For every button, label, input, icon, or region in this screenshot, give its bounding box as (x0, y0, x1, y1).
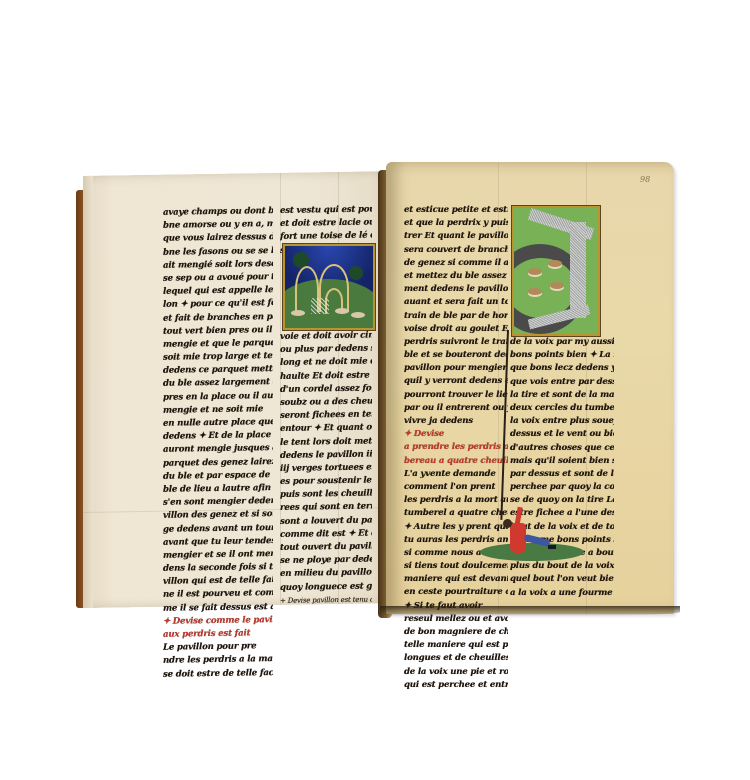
text-line: voise droit au goulet Et les (404, 323, 508, 336)
folio-number: 98 (640, 175, 650, 184)
text-line: ne il est pourveu et com (163, 587, 273, 602)
text-line: pourront trouver le lieu (404, 389, 508, 402)
text-line: auront mengie jusques au (163, 442, 273, 457)
text-line: vivre ja dedens (404, 415, 508, 428)
partridge (550, 282, 564, 289)
text-line: du ble assez largement et bi (163, 376, 273, 391)
text-line: et que la perdrix y puisse en (404, 217, 508, 230)
rubric-line: a prendre les perdris au tum (404, 441, 508, 454)
text-line: entour ✦ Et quant on (280, 422, 372, 437)
hunter-figure (476, 505, 586, 565)
text-line: et mettez du ble assez large (404, 270, 508, 283)
text-line: de bon magniere de cheuilles en (404, 626, 508, 639)
text-line: la voix entre plus souef par (510, 415, 614, 428)
text-line: par ou il entrerent ou y dedens (404, 402, 508, 415)
text-line: la tire et sont de la maniere (510, 389, 614, 402)
rubric-line: bereau a quatre cheuilles (404, 455, 508, 468)
miniature-pavilion-net (283, 244, 375, 330)
left-page: avaye champs ou dont bavebne amorse ou y… (83, 171, 388, 608)
text-line: ble et se bouteront dedens le (404, 349, 508, 362)
text-line: haulte Et doit estre en maniere (280, 369, 372, 384)
text-line: de genez si comme il appert (404, 257, 508, 270)
text-line: ge dedens avant un tour ou deux (163, 522, 273, 537)
text-line: se doit estre de telle facon comme (163, 667, 273, 682)
open-manuscript: avaye champs ou dont bavebne amorse ou y… (0, 0, 750, 780)
partridge (528, 268, 542, 275)
rubric-line: ✦ Devise comme le pavillon (163, 614, 273, 629)
text-line: et esticue petite et estroite sur (404, 204, 508, 217)
head (503, 519, 512, 528)
text-line: et fait de branches en parquet (163, 311, 273, 326)
text-line: de la voix une pie et rouge la corde (404, 666, 508, 679)
text-line: perchee par quoy la corde passe (510, 481, 614, 494)
page-curl-shadow (380, 606, 680, 616)
partridge (335, 308, 349, 314)
text-line: que vois entre par dessus quant (510, 376, 614, 389)
partridge (291, 310, 305, 316)
text-line: villon des genez et si sont men (163, 508, 273, 523)
text-line: train de ble par de hors qui le (404, 310, 508, 323)
text-line: pavillon pour mengier le ble (404, 362, 508, 375)
right-column-a: et esticue petite et estroite suret que … (404, 204, 508, 692)
rubric-line: ✦ Devise (404, 428, 508, 441)
text-line: quel bout l'on veut bien home (510, 573, 614, 586)
tree (349, 266, 363, 280)
text-line: dessus et le vent ou bien sont (510, 428, 614, 441)
net-side (570, 222, 586, 318)
text-line: comment l'on prent (404, 481, 508, 494)
text-line: par dessus et sont de la cheuille (510, 468, 614, 481)
text-line: sera couvert de branches (404, 244, 508, 257)
text-line: long et ne doit mie estre trop (280, 356, 372, 371)
text-line: perdris suivront le train du (404, 336, 508, 349)
left-column-a: avaye champs ou dont bavebne amorse ou y… (163, 205, 273, 681)
text-line: longues et de cheuilles deux (404, 652, 508, 665)
text-line: sont a louvert du pavillon (280, 514, 372, 529)
grass-mound (480, 543, 584, 561)
text-line: le tent lors doit mettre par (280, 435, 372, 450)
miniature-tunnel-net (512, 206, 600, 336)
text-line: rees qui sont en terre qui (280, 501, 372, 516)
text-line: que bons lecz dedens yfont mie (510, 362, 614, 375)
text-line: qui est perchee et entre l'autre (404, 679, 508, 692)
text-line: lon ✦ pour ce qu'il est fermé devers (163, 297, 273, 312)
text-line: fort une toise de lé et haut de (280, 230, 372, 245)
text-line: bons points bien ✦ La moitie (510, 349, 614, 362)
text-line: mais qu'il soient bien somme (510, 455, 614, 468)
text-line: a la voix a une fourme comme (510, 587, 614, 600)
text-line: d'autres choses que ce cercles (510, 442, 614, 455)
text-line: quoy longuece est grande et (280, 580, 372, 595)
text-line: L'a yvente demande (404, 468, 508, 481)
shoe (548, 545, 556, 549)
margin-note: + Devise pavillon est tenu au pavillon (280, 593, 372, 608)
text-line: que vous lairez dessus dormir (163, 231, 273, 246)
text-line: en milieu du pavillon de (280, 567, 372, 582)
text-line: quil y verront dedens et ne (404, 375, 508, 388)
text-line: ment dedens le pavillon bi (404, 283, 508, 296)
text-line: dedens le pavillon iiij ou (280, 448, 372, 463)
partridge (351, 312, 365, 318)
text-line: deux cercles du tumberel affin (510, 402, 614, 415)
text-line: telle maniere qui est plus longue (404, 639, 508, 652)
left-column-b-bottom: voie et doit avoir cinq piesou plus par … (280, 329, 372, 607)
partridge (528, 288, 542, 295)
text-line: en ceste pourtraiture ci dessus (404, 586, 508, 599)
text-line: d'un cordel assez fort par des (280, 382, 372, 397)
net (311, 298, 329, 314)
partridge (548, 260, 562, 267)
text-line: de la voix par my aussi comme (510, 336, 614, 349)
text-line: maniere qui est devant dite (404, 573, 508, 586)
page-stack-edge (83, 176, 93, 608)
text-line: auant et sera fait un tour de (404, 296, 508, 309)
text-line: trer Et quant le pavillon (404, 230, 508, 243)
text-line: ndre les perdris a la main (163, 653, 273, 668)
